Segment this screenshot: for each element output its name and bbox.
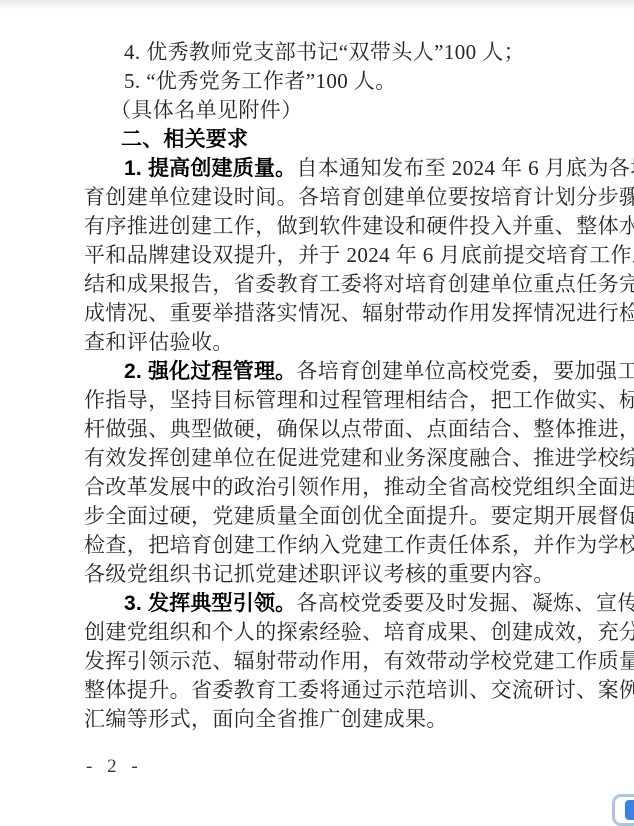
- text-line: 4. 优秀教师党支部书记“双带头人”100 人；: [124, 38, 525, 67]
- text-line: 合改革发展中的政治引领作用，推动全省高校党组织全面进: [84, 473, 634, 502]
- text-segment: 检查，把培育创建工作纳入党建工作责任体系，并作为学校: [84, 533, 634, 557]
- text-segment: 创建党组织和个人的探索经验、培育成果、创建成效，充分: [84, 620, 634, 644]
- text-segment: 各级党组织书记抓党建述职评议考核的重要内容。: [84, 562, 555, 586]
- text-segment: 育创建单位建设时间。各培育创建单位要按培育计划分步骤、: [84, 185, 634, 209]
- document-page: 4. 优秀教师党支部书记“双带头人”100 人；5. “优秀党务工作者”100 …: [0, 0, 634, 826]
- text-segment: 5. “优秀党务工作者”100 人。: [124, 69, 397, 93]
- text-segment: 查和评估验收。: [84, 330, 234, 354]
- text-line: 3. 发挥典型引领。各高校党委要及时发掘、凝炼、宣传: [124, 589, 634, 618]
- text-segment: 有效发挥创建单位在促进党建和业务深度融合、推进学校综: [84, 446, 634, 470]
- page-number: - 2 -: [86, 756, 143, 778]
- text-line: 检查，把培育创建工作纳入党建工作责任体系，并作为学校: [84, 531, 634, 560]
- floating-tool-button[interactable]: [612, 794, 634, 826]
- text-line: 整体提升。省委教育工委将通过示范培训、交流研讨、案例: [84, 676, 634, 705]
- text-segment: 平和品牌建设双提升，并于 2024 年 6 月底前提交培育工作总: [84, 243, 634, 267]
- text-line: 育创建单位建设时间。各培育创建单位要按培育计划分步骤、: [84, 183, 634, 212]
- text-line: 发挥引领示范、辐射带动作用，有效带动学校党建工作质量: [84, 647, 634, 676]
- text-line: 步全面过硬，党建质量全面创优全面提升。要定期开展督促: [84, 502, 634, 531]
- text-line: 2. 强化过程管理。各培育创建单位高校党委，要加强工: [124, 357, 634, 386]
- text-line: 汇编等形式，面向全省推广创建成果。: [84, 705, 448, 734]
- text-segment: 合改革发展中的政治引领作用，推动全省高校党组织全面进: [84, 475, 634, 499]
- bold-text-segment: 二、相关要求: [121, 128, 248, 151]
- text-line: 查和评估验收。: [84, 328, 234, 357]
- text-segment: 成情况、重要举措落实情况、辐射带动作用发挥情况进行检: [84, 301, 634, 325]
- text-line: 二、相关要求: [121, 125, 248, 154]
- bold-text-segment: 2. 强化过程管理。: [124, 360, 296, 383]
- tool-glyph-icon: [625, 800, 634, 820]
- text-segment: 自本通知发布至 2024 年 6 月底为各培: [296, 156, 634, 180]
- text-segment: 汇编等形式，面向全省推广创建成果。: [84, 707, 448, 731]
- text-line: 成情况、重要举措落实情况、辐射带动作用发挥情况进行检: [84, 299, 634, 328]
- text-line: 平和品牌建设双提升，并于 2024 年 6 月底前提交培育工作总: [84, 241, 634, 270]
- text-segment: 结和成果报告，省委教育工委将对培育创建单位重点任务完: [84, 272, 634, 296]
- text-segment: 作指导，坚持目标管理和过程管理相结合，把工作做实、标: [84, 388, 634, 412]
- text-line: 有效发挥创建单位在促进党建和业务深度融合、推进学校综: [84, 444, 634, 473]
- document-text: 4. 优秀教师党支部书记“双带头人”100 人；5. “优秀党务工作者”100 …: [0, 0, 634, 826]
- text-line: 作指导，坚持目标管理和过程管理相结合，把工作做实、标: [84, 386, 634, 415]
- text-line: 1. 提高创建质量。自本通知发布至 2024 年 6 月底为各培: [124, 154, 634, 183]
- text-line: 各级党组织书记抓党建述职评议考核的重要内容。: [84, 560, 555, 589]
- bold-text-segment: 1. 提高创建质量。: [124, 157, 296, 180]
- text-line: 杆做强、典型做硬，确保以点带面、点面结合、整体推进，: [84, 415, 634, 444]
- text-segment: 步全面过硬，党建质量全面创优全面提升。要定期开展督促: [84, 504, 634, 528]
- text-segment: 发挥引领示范、辐射带动作用，有效带动学校党建工作质量: [84, 649, 634, 673]
- text-segment: 各高校党委要及时发掘、凝炼、宣传: [296, 591, 634, 615]
- text-segment: 杆做强、典型做硬，确保以点带面、点面结合、整体推进，: [84, 417, 634, 441]
- text-segment: 整体提升。省委教育工委将通过示范培训、交流研讨、案例: [84, 678, 634, 702]
- text-line: 结和成果报告，省委教育工委将对培育创建单位重点任务完: [84, 270, 634, 299]
- text-segment: （具体名单见附件）: [110, 98, 303, 122]
- text-segment: 4. 优秀教师党支部书记“双带头人”100 人；: [124, 40, 525, 64]
- bold-text-segment: 3. 发挥典型引领。: [124, 592, 296, 615]
- text-line: （具体名单见附件）: [110, 96, 303, 125]
- text-line: 有序推进创建工作，做到软件建设和硬件投入并重、整体水: [84, 212, 634, 241]
- text-line: 5. “优秀党务工作者”100 人。: [124, 67, 397, 96]
- text-segment: 有序推进创建工作，做到软件建设和硬件投入并重、整体水: [84, 214, 634, 238]
- text-line: 创建党组织和个人的探索经验、培育成果、创建成效，充分: [84, 618, 634, 647]
- text-segment: 各培育创建单位高校党委，要加强工: [296, 359, 634, 383]
